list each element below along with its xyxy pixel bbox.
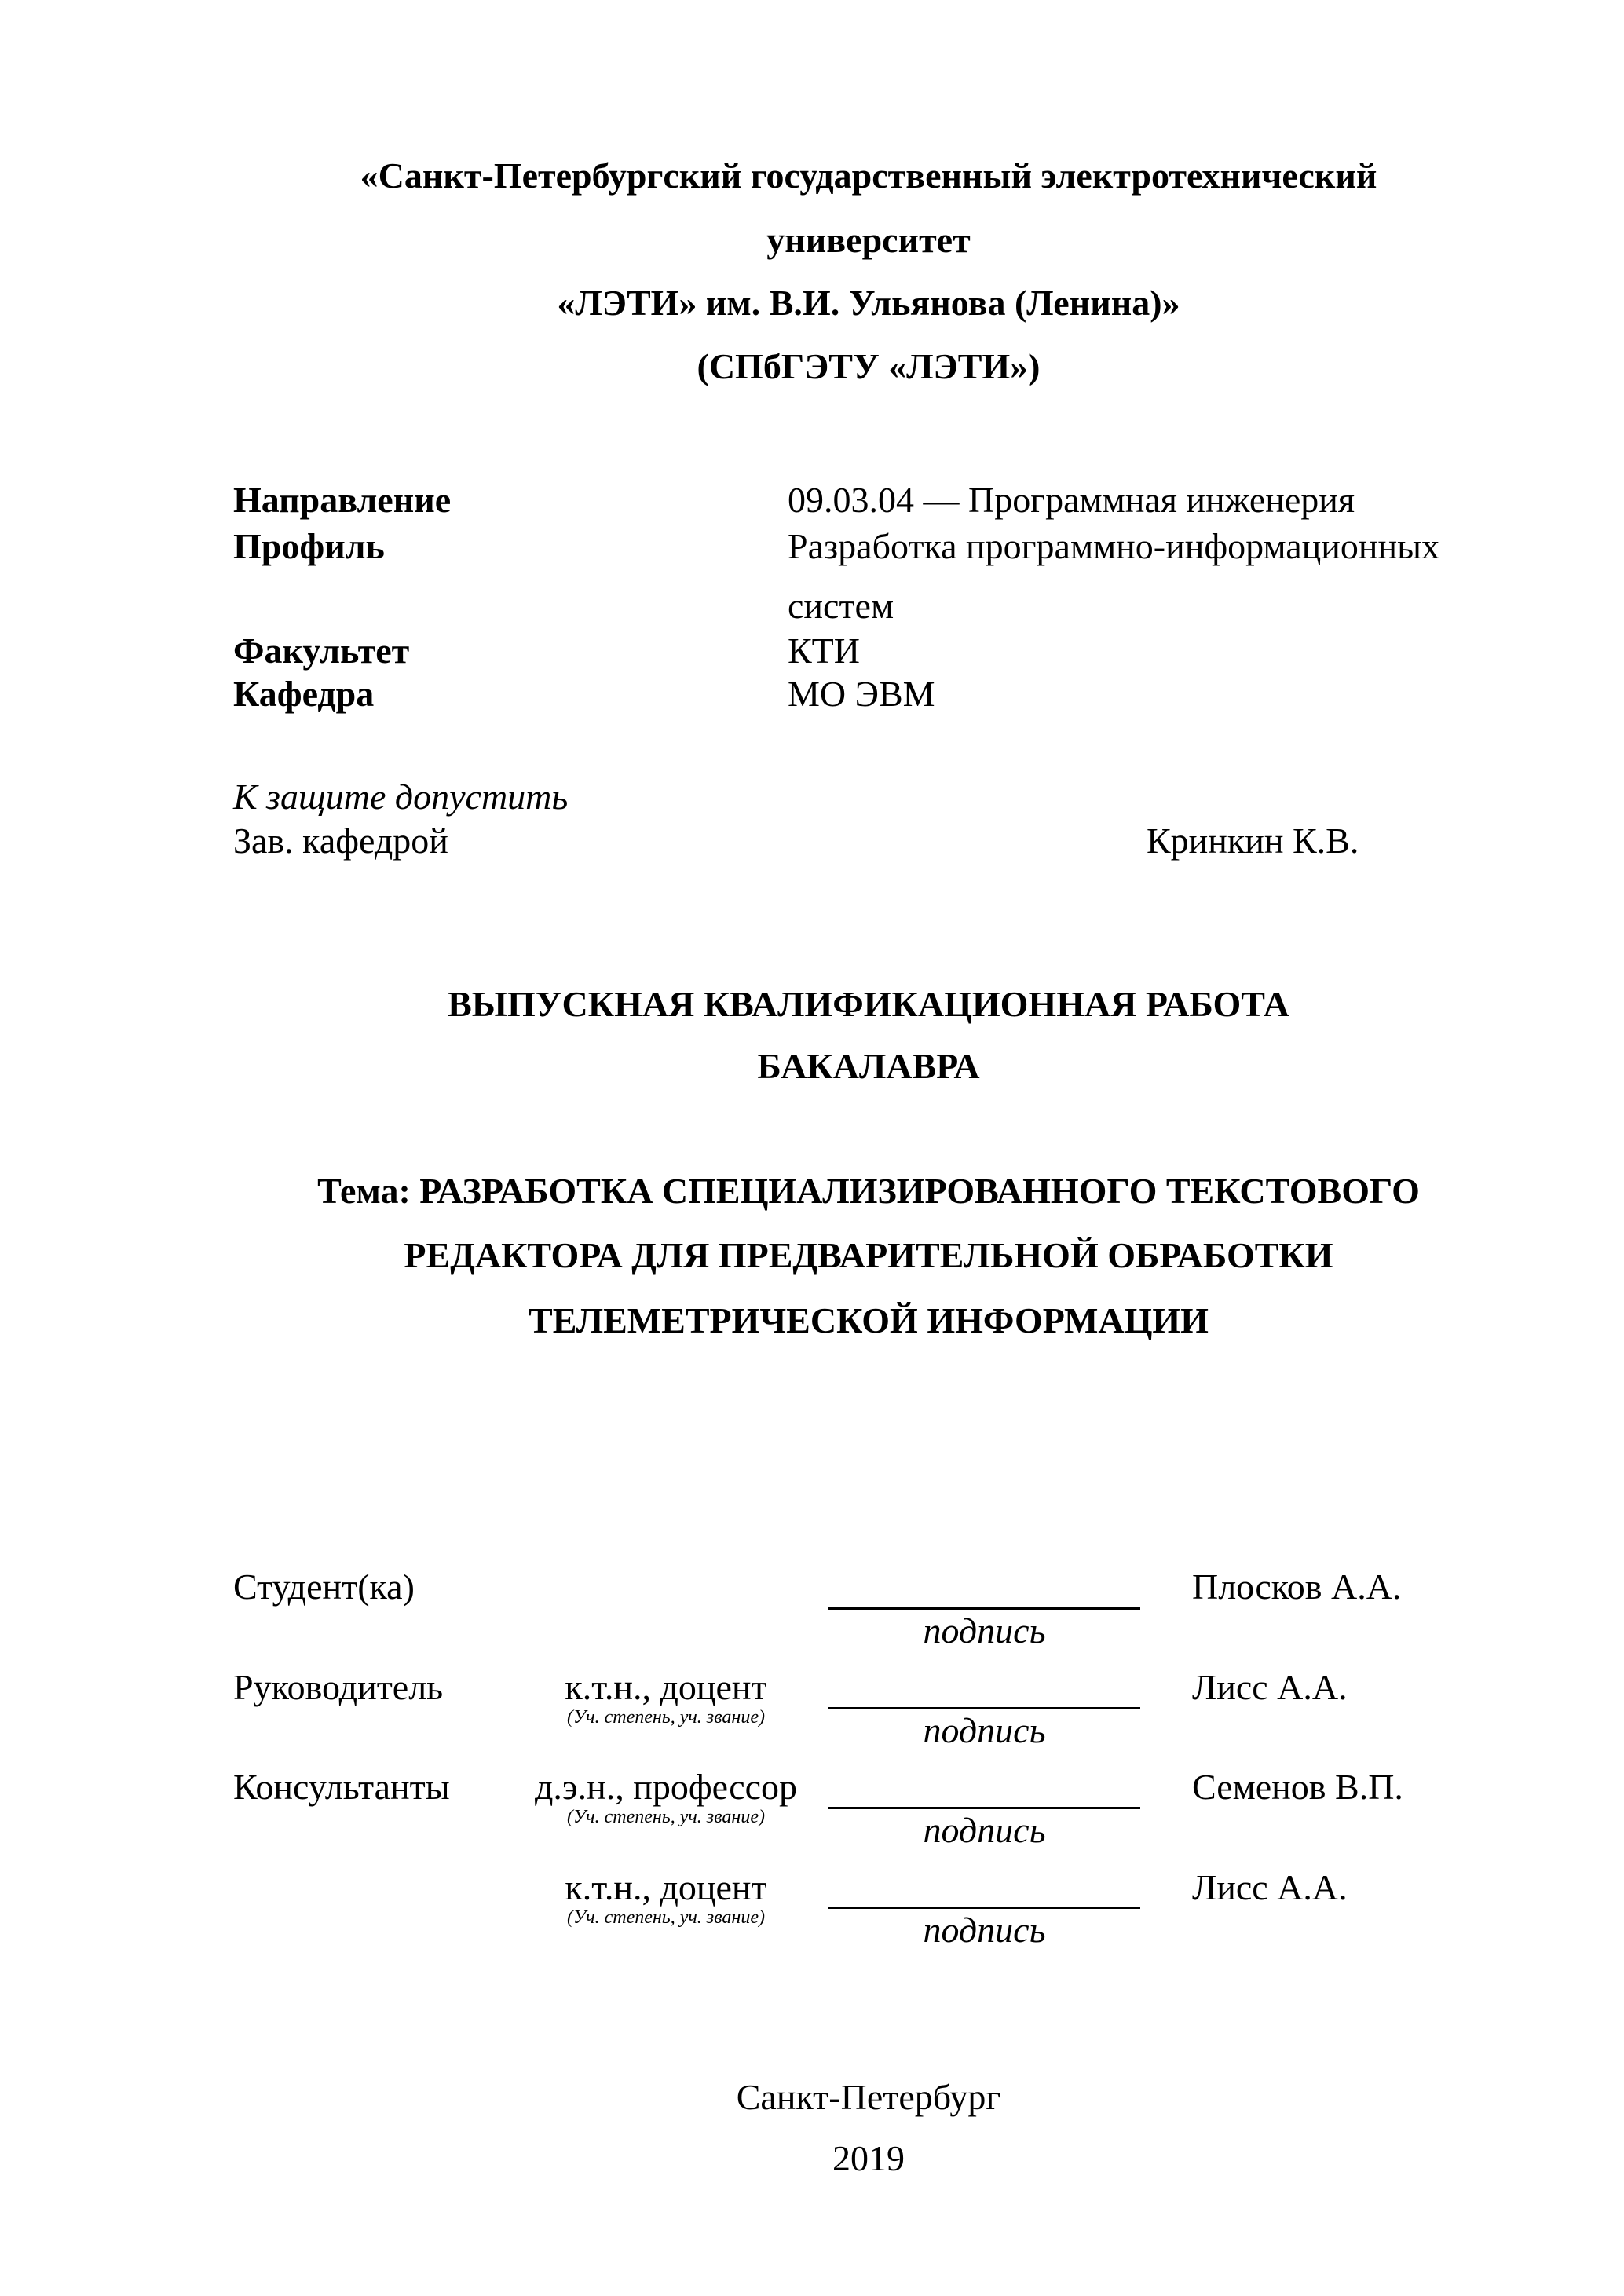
- consultant-1-degree-caption: (Уч. степень, уч. звание): [509, 1808, 823, 1826]
- admit-to-defense-label: К защите допустить: [233, 779, 568, 815]
- topic-line-2: РЕДАКТОРА ДЛЯ ПРЕДВАРИТЕЛЬНОЙ ОБРАБОТКИ: [0, 1238, 1624, 1274]
- head-of-department-label: Зав. кафедрой: [233, 823, 448, 859]
- work-type-line-1: ВЫПУСКНАЯ КВАЛИФИКАЦИОННАЯ РАБОТА: [0, 986, 1624, 1022]
- university-name-line-2: университет: [0, 222, 1624, 258]
- supervisor-degree-caption: (Уч. степень, уч. звание): [509, 1708, 823, 1727]
- direction-value: 09.03.04 — Программная инженерия: [788, 482, 1355, 518]
- faculty-label: Факультет: [233, 633, 409, 669]
- supervisor-degree: к.т.н., доцент: [509, 1669, 823, 1706]
- consultant-2-signature-line: [828, 1907, 1140, 1909]
- university-name-line-1: «Санкт-Петербургский государственный эле…: [0, 158, 1624, 194]
- supervisor-name: Лисс А.А.: [1192, 1669, 1348, 1706]
- student-signature-line: [828, 1607, 1140, 1610]
- faculty-value: КТИ: [788, 633, 860, 669]
- head-of-department-name: Кринкин К.В.: [1147, 823, 1359, 859]
- city: Санкт-Петербург: [0, 2079, 1624, 2115]
- department-value: МО ЭВМ: [788, 676, 935, 712]
- profile-label: Профиль: [233, 528, 385, 565]
- supervisor-role-label: Руководитель: [233, 1669, 443, 1706]
- consultant-1-signature-line: [828, 1807, 1140, 1809]
- work-type-line-2: БАКАЛАВРА: [0, 1048, 1624, 1084]
- consultant-1-degree: д.э.н., профессор: [509, 1769, 823, 1805]
- year: 2019: [0, 2141, 1624, 2177]
- student-name: Плосков А.А.: [1192, 1569, 1401, 1605]
- consultants-role-label: Консультанты: [233, 1769, 450, 1805]
- university-abbreviation: (СПбГЭТУ «ЛЭТИ»): [0, 349, 1624, 385]
- consultant-2-name: Лисс А.А.: [1192, 1870, 1348, 1906]
- topic-line-3: ТЕЛЕМЕТРИЧЕСКОЙ ИНФОРМАЦИИ: [0, 1303, 1624, 1339]
- department-label: Кафедра: [233, 676, 374, 712]
- student-signature-caption: подпись: [828, 1613, 1140, 1649]
- direction-label: Направление: [233, 482, 451, 518]
- profile-value-line-1: Разработка программно-информационных: [788, 528, 1439, 565]
- profile-value-line-2: систем: [788, 588, 894, 624]
- consultant-2-degree-caption: (Уч. степень, уч. звание): [509, 1908, 823, 1927]
- consultant-1-name: Семенов В.П.: [1192, 1769, 1403, 1805]
- student-role-label: Студент(ка): [233, 1569, 415, 1605]
- consultant-2-signature-caption: подпись: [828, 1912, 1140, 1948]
- consultant-2-degree: к.т.н., доцент: [509, 1870, 823, 1906]
- supervisor-signature-caption: подпись: [828, 1713, 1140, 1749]
- university-name-line-3: «ЛЭТИ» им. В.И. Ульянова (Ленина)»: [0, 285, 1624, 321]
- topic-line-1: Тема: РАЗРАБОТКА СПЕЦИАЛИЗИРОВАННОГО ТЕК…: [0, 1173, 1624, 1209]
- consultant-1-signature-caption: подпись: [828, 1812, 1140, 1848]
- supervisor-signature-line: [828, 1707, 1140, 1709]
